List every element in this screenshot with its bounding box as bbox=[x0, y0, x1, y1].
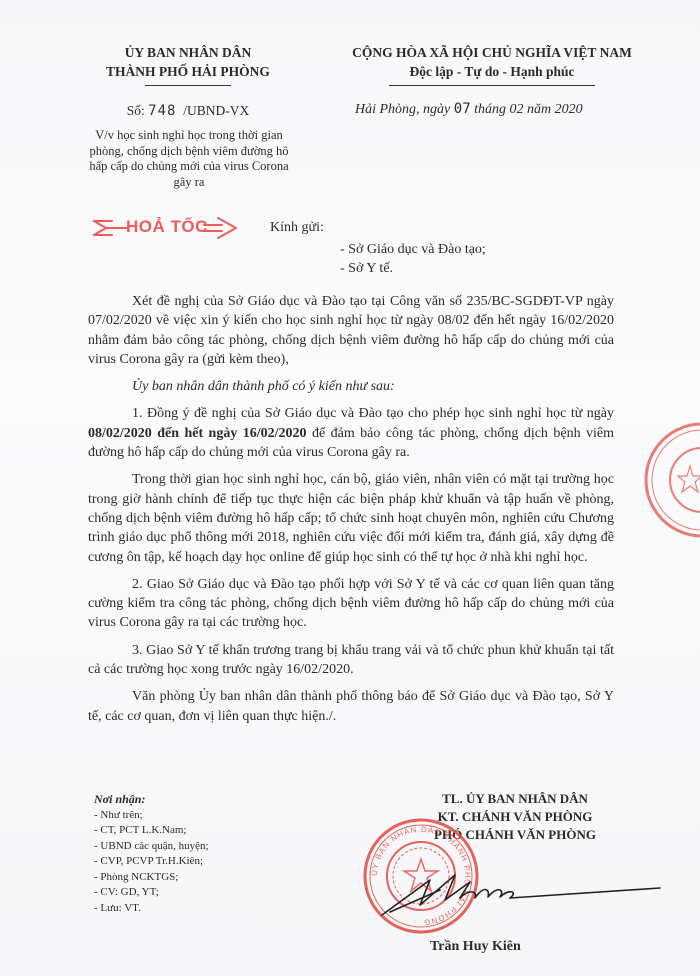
item-1: 1. Đồng ý đề nghị của Sở Giáo dục và Đào… bbox=[88, 404, 614, 462]
date-line: Hải Phòng, ngày 07 tháng 02 năm 2020 bbox=[355, 101, 675, 118]
national-motto: CỘNG HÒA XÃ HỘI CHỦ NGHĨA VIỆT NAM Độc l… bbox=[322, 43, 662, 86]
addressee-item: - Sở Giáo dục và Đào tạo; bbox=[340, 240, 486, 259]
page-edge-seal-icon bbox=[640, 420, 700, 540]
authority-line-2: THÀNH PHỐ HẢI PHÒNG bbox=[88, 62, 288, 81]
date-prefix: Hải Phòng, ngày bbox=[355, 102, 450, 117]
motto-underline bbox=[389, 85, 595, 86]
addressee-list: - Sở Giáo dục và Đào tạo; - Sở Y tế. bbox=[340, 240, 486, 278]
motto-line-2: Độc lập - Tự do - Hạnh phúc bbox=[322, 62, 662, 81]
signature-block: TL. ỦY BAN NHÂN DÂN KT. CHÁNH VĂN PHÒNG … bbox=[390, 790, 640, 844]
document-page: ỦY BAN NHÂN DÂN THÀNH PHỐ HẢI PHÒNG CỘNG… bbox=[0, 0, 700, 976]
doc-number-prefix: Số: bbox=[127, 103, 145, 118]
issuing-authority: ỦY BAN NHÂN DÂN THÀNH PHỐ HẢI PHÒNG bbox=[88, 43, 288, 86]
recipient-item: - Phòng NCKTGS; bbox=[94, 870, 209, 886]
item-1-text: 1. Đồng ý đề nghị của Sở Giáo dục và Đào… bbox=[132, 406, 614, 421]
signature-scribble-icon bbox=[360, 870, 680, 930]
addressee-label: Kính gửi: bbox=[270, 220, 324, 236]
recipients-title: Nơi nhận: bbox=[94, 792, 209, 808]
recipients-block: Nơi nhận: - Như trên; - CT, PCT L.K.Nam;… bbox=[94, 792, 209, 916]
motto-line-1: CỘNG HÒA XÃ HỘI CHỦ NGHĨA VIỆT NAM bbox=[322, 43, 662, 62]
recipient-item: - Lưu: VT. bbox=[94, 901, 209, 917]
item-3: 3. Giao Sở Y tế khẩn trương trang bị khẩ… bbox=[88, 641, 614, 680]
authority-underline bbox=[145, 85, 231, 86]
addressee-item: - Sở Y tế. bbox=[340, 259, 486, 278]
intro-paragraph: Xét đề nghị của Sở Giáo dục và Đào tạo t… bbox=[88, 292, 614, 369]
doc-number-suffix: /UBND-VX bbox=[183, 103, 249, 118]
item-2: 2. Giao Sở Giáo dục và Đào tạo phối hợp … bbox=[88, 575, 614, 633]
date-suffix: tháng 02 năm 2020 bbox=[474, 102, 583, 117]
doc-number-handwritten: 748 bbox=[148, 103, 176, 119]
recipient-item: - CV: GD, YT; bbox=[94, 885, 209, 901]
item-1-detail: Trong thời gian học sinh nghỉ học, cán b… bbox=[88, 470, 614, 566]
signature-line-3: PHÓ CHÁNH VĂN PHÒNG bbox=[390, 826, 640, 844]
subject-line: V/v học sinh nghỉ học trong thời gian ph… bbox=[83, 128, 295, 190]
opinion-intro: Ủy ban nhân dân thành phố có ý kiến như … bbox=[88, 377, 614, 396]
document-number: Số: 748 /UBND-VX bbox=[88, 103, 288, 119]
document-body: Xét đề nghị của Sở Giáo dục và Đào tạo t… bbox=[88, 292, 614, 734]
recipient-item: - Như trên; bbox=[94, 808, 209, 824]
recipient-item: - CVP, PCVP Tr.H.Kiên; bbox=[94, 854, 209, 870]
closing-paragraph: Văn phòng Ủy ban nhân dân thành phố thôn… bbox=[88, 687, 614, 726]
date-day-handwritten: 07 bbox=[454, 101, 471, 117]
urgent-stamp: HOẢ TỐC bbox=[92, 213, 242, 243]
item-1-dates: 08/02/2020 đến hết ngày 16/02/2020 bbox=[88, 426, 307, 441]
authority-line-1: ỦY BAN NHÂN DÂN bbox=[88, 43, 288, 62]
signature-line-1: TL. ỦY BAN NHÂN DÂN bbox=[390, 790, 640, 808]
signature-line-2: KT. CHÁNH VĂN PHÒNG bbox=[390, 808, 640, 826]
urgent-stamp-text: HOẢ TỐC bbox=[126, 217, 208, 237]
recipient-item: - UBND các quận, huyện; bbox=[94, 839, 209, 855]
recipient-item: - CT, PCT L.K.Nam; bbox=[94, 823, 209, 839]
signer-name: Trần Huy Kiên bbox=[430, 939, 521, 955]
